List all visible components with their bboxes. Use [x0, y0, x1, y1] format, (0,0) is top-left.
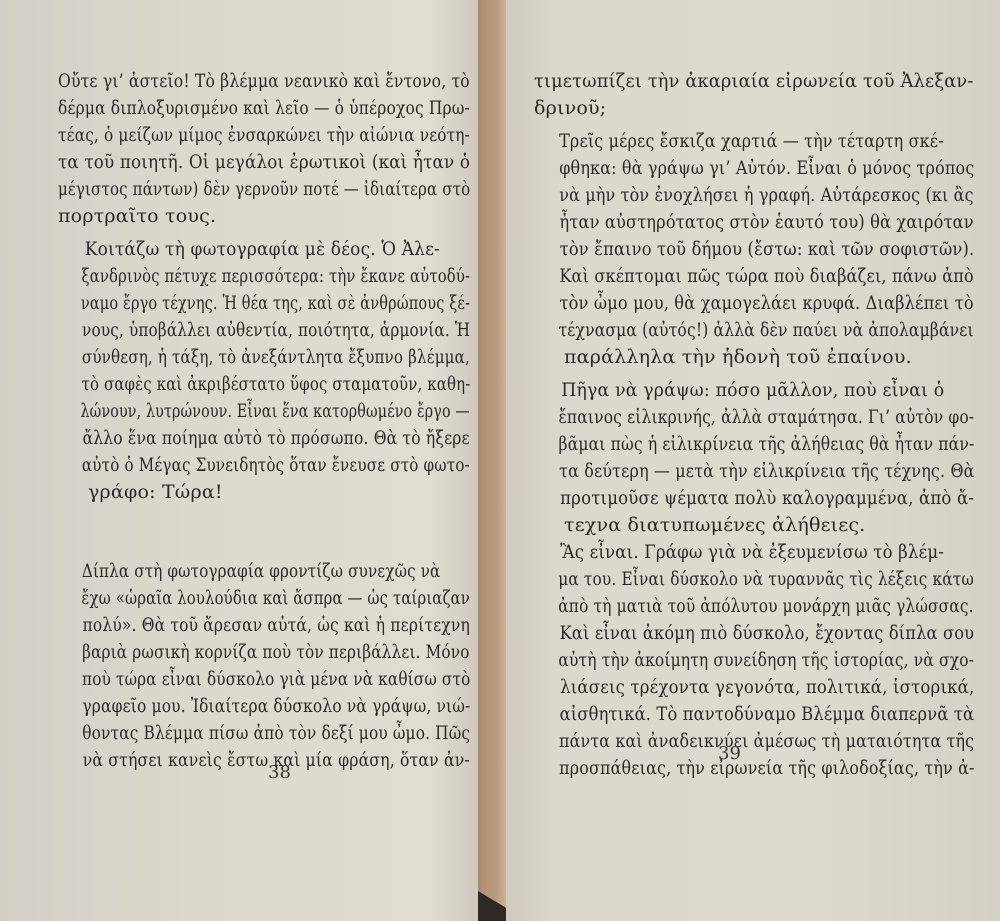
paragraph: Οὔτε γι’ ἀστεῖο! Τὸ βλέμμα νεανικὸ καὶ ἔ…	[58, 68, 470, 230]
left-page: Οὔτε γι’ ἀστεῖο! Τὸ βλέμμα νεανικὸ καὶ ἔ…	[0, 0, 478, 921]
text-line: σύνθεση, ἡ τάξη, τὸ ἀνεξάντλητα ἔξυπνο β…	[58, 344, 386, 371]
text-line: βᾶμαι πὼς ἡ εἰλικρίνεια τῆς ἀλήθειας θὰ …	[534, 431, 894, 458]
text-line: ναμο ἔργο τέχνης. Ἡ θέα της, καὶ σὲ ἀνθρ…	[58, 290, 372, 317]
text-line: γραφεῖο μου. Ἰδιαίτερα δύσκολο νὰ γράψω,…	[58, 693, 393, 720]
text-line: νὰ στήσει κανεὶς ἔστω καὶ μία φράση, ὅτα…	[58, 747, 397, 774]
text-line: μα του. Εἶναι δύσκολο νὰ τυραννᾶς τὶς λέ…	[534, 566, 889, 593]
text-line: τα δεύτερη — μετὰ τὴν εἰλικρίνεια τῆς τέ…	[534, 458, 902, 485]
text-line: αὐτὸ ὁ Μέγας Συνειδητὸς ὅταν ἔνευσε στὸ …	[58, 452, 386, 479]
text-line: νὰ μὴν τὸν ἐνοχλήσει ἡ γραφή. Αὐτάρεσκος…	[534, 182, 904, 209]
text-line: τὸ σαφὲς καὶ ἀκριβέστατο ὕφος σταματοῦν,…	[58, 371, 381, 398]
text-line: τέχνασμα (αὐτός!) ἀλλὰ δὲν παύει νὰ ἀπολ…	[534, 317, 894, 344]
text-line: τιμετωπίζει τὴν ἀκαριαία εἰρωνεία τοῦ Ἀλ…	[534, 68, 944, 95]
text-line: Πῆγα νὰ γράψω: πόσο μᾶλλον, ποὺ εἶναι ὁ	[534, 377, 934, 404]
page-number: 39	[718, 743, 741, 764]
paragraph: Ἂς εἶναι. Γράφω γιὰ νὰ ἐξευμενίσω τὸ βλέ…	[534, 539, 974, 782]
right-page: τιμετωπίζει τὴν ἀκαριαία εἰρωνεία τοῦ Ἀλ…	[506, 0, 1000, 921]
text-line: Καὶ εἶναι ἀκόμη πιὸ δύσκολο, ἔχοντας δίπ…	[534, 620, 909, 647]
text-line: παράλληλα τὴν ἡδονὴ τοῦ ἐπαίνου.	[534, 344, 974, 371]
text-line: αἰσθητικά. Τὸ παντοδύναμο Βλέμμα διαπερν…	[534, 701, 911, 728]
text-line: προτιμοῦσε ψέματα πολὺ καλογραμμένα, ἀπὸ…	[534, 485, 917, 512]
text-line: Κοιτάζω τὴ φωτογραφία μὲ δέος. Ὁ Ἀλε-	[58, 236, 426, 263]
text-line: Δίπλα στὴ φωτογραφία φροντίζω συνεχῶς νὰ	[58, 558, 386, 585]
text-line: θοντας Βλέμμα πίσω ἀπὸ τὸν δεξί μου ὦμο.…	[58, 720, 391, 747]
paragraph: Κοιτάζω τὴ φωτογραφία μὲ δέος. Ὁ Ἀλε- ξα…	[58, 236, 470, 506]
text-line: τα τοῦ ποιητῆ. Οἱ μεγάλοι ἐρωτικοὶ (καὶ …	[58, 149, 421, 176]
text-line: Ἂς εἶναι. Γράφω γιὰ νὰ ἐξευμενίσω τὸ βλέ…	[534, 539, 918, 566]
text-line: πορτραῖτο τους.	[58, 203, 470, 230]
page-number: 38	[268, 762, 291, 783]
text-line: ἦταν αὐστηρότατος στὸν ἑαυτό του) θὰ χαι…	[534, 209, 908, 236]
right-page-text: τιμετωπίζει τὴν ἀκαριαία εἰρωνεία τοῦ Ἀλ…	[534, 68, 974, 782]
text-line: ξανδρινὸς πέτυχε περισσότερα: τὴν ἔκανε …	[58, 263, 379, 290]
text-line: γράφο: Τώρα!	[58, 479, 470, 506]
paragraph: Τρεῖς μέρες ἔσκιζα χαρτιά — τὴν τέταρτη …	[534, 128, 974, 371]
text-line: τὸν ὦμο μου, θὰ χαμογελάει κρυφά. Διαβλέ…	[534, 290, 908, 317]
text-line: αὐτὴ τὴν ἀκοίμητη συνείδηση τῆς ἱστορίας…	[534, 647, 892, 674]
text-line: πολύ». Θὰ τοῦ ἄρεσαν αὐτά, ὡς καὶ ἡ περί…	[58, 612, 394, 639]
text-line: βαριὰ ρωσικὴ κορνίζα ποὺ τὸν περιβάλλει.…	[58, 639, 389, 666]
left-page-text: Οὔτε γι’ ἀστεῖο! Τὸ βλέμμα νεανικὸ καὶ ἔ…	[58, 68, 470, 774]
text-line: φθηκα: θὰ γράψω γι’ Αὐτόν. Εἶναι ὁ μόνος…	[534, 155, 904, 182]
text-line: δρινοῦ;	[534, 95, 974, 122]
text-line: τέας, ὁ μείζων μίμος ἐνσαρκώνει τὴν αἰών…	[58, 122, 390, 149]
text-line: ἄλλο ἕνα ποίημα αὐτὸ τὸ πρόσωπο. Θὰ τὸ ἤ…	[58, 425, 395, 452]
paragraph: Δίπλα στὴ φωτογραφία φροντίζω συνεχῶς νὰ…	[58, 558, 470, 774]
text-line: Τρεῖς μέρες ἔσκιζα χαρτιά — τὴν τέταρτη …	[534, 128, 903, 155]
book-gutter	[478, 0, 506, 921]
text-line: δέρμα διπλοξυρισμένο καὶ λεῖο — ὁ ὑπέροχ…	[58, 95, 393, 122]
text-line: μέγιστος πάντων) δὲν γερνοῦν ποτέ — ἰδια…	[58, 176, 384, 203]
text-line: νους, ὑποβάλλει αὐθεντία, ποιότητα, ἁρμο…	[58, 317, 388, 344]
text-line: Καὶ σκέπτομαι πῶς τώρα ποὺ διαβάζει, πάν…	[534, 263, 906, 290]
text-line: ποὺ τώρα εἶναι δύσκολο γιὰ μένα νὰ καθίσ…	[58, 666, 388, 693]
text-line: ἔχω «ὡραῖα λουλούδια καὶ ἄσπρα — ὡς ταίρ…	[58, 585, 379, 612]
text-line: τεχνα διατυπωμένες ἀλήθειες.	[534, 512, 974, 539]
paragraph: τιμετωπίζει τὴν ἀκαριαία εἰρωνεία τοῦ Ἀλ…	[534, 68, 974, 122]
text-line: ἀπὸ τὴ ματιὰ τοῦ ἀπόλυτου μονάρχη μιᾶς γ…	[534, 593, 890, 620]
section-break	[58, 506, 470, 558]
text-line: Οὔτε γι’ ἀστεῖο! Τὸ βλέμμα νεανικὸ καὶ ἔ…	[58, 68, 397, 95]
text-line: τὸν ἔπαινο τοῦ δήμου (ἔστω: καὶ τῶν σοφι…	[534, 236, 911, 263]
text-line: λώνουν, λυτρώνουν. Εἶναι ἕνα κατορθωμένο…	[58, 398, 367, 425]
text-line: λιάσεις τρέχοντα γεγονότα, πολιτικά, ἱστ…	[534, 674, 917, 701]
text-line: ἔπαινος εἰλικρινής, ἀλλὰ σταμάτησα. Γι’ …	[534, 404, 893, 431]
paragraph: Πῆγα νὰ γράψω: πόσο μᾶλλον, ποὺ εἶναι ὁ …	[534, 377, 974, 539]
